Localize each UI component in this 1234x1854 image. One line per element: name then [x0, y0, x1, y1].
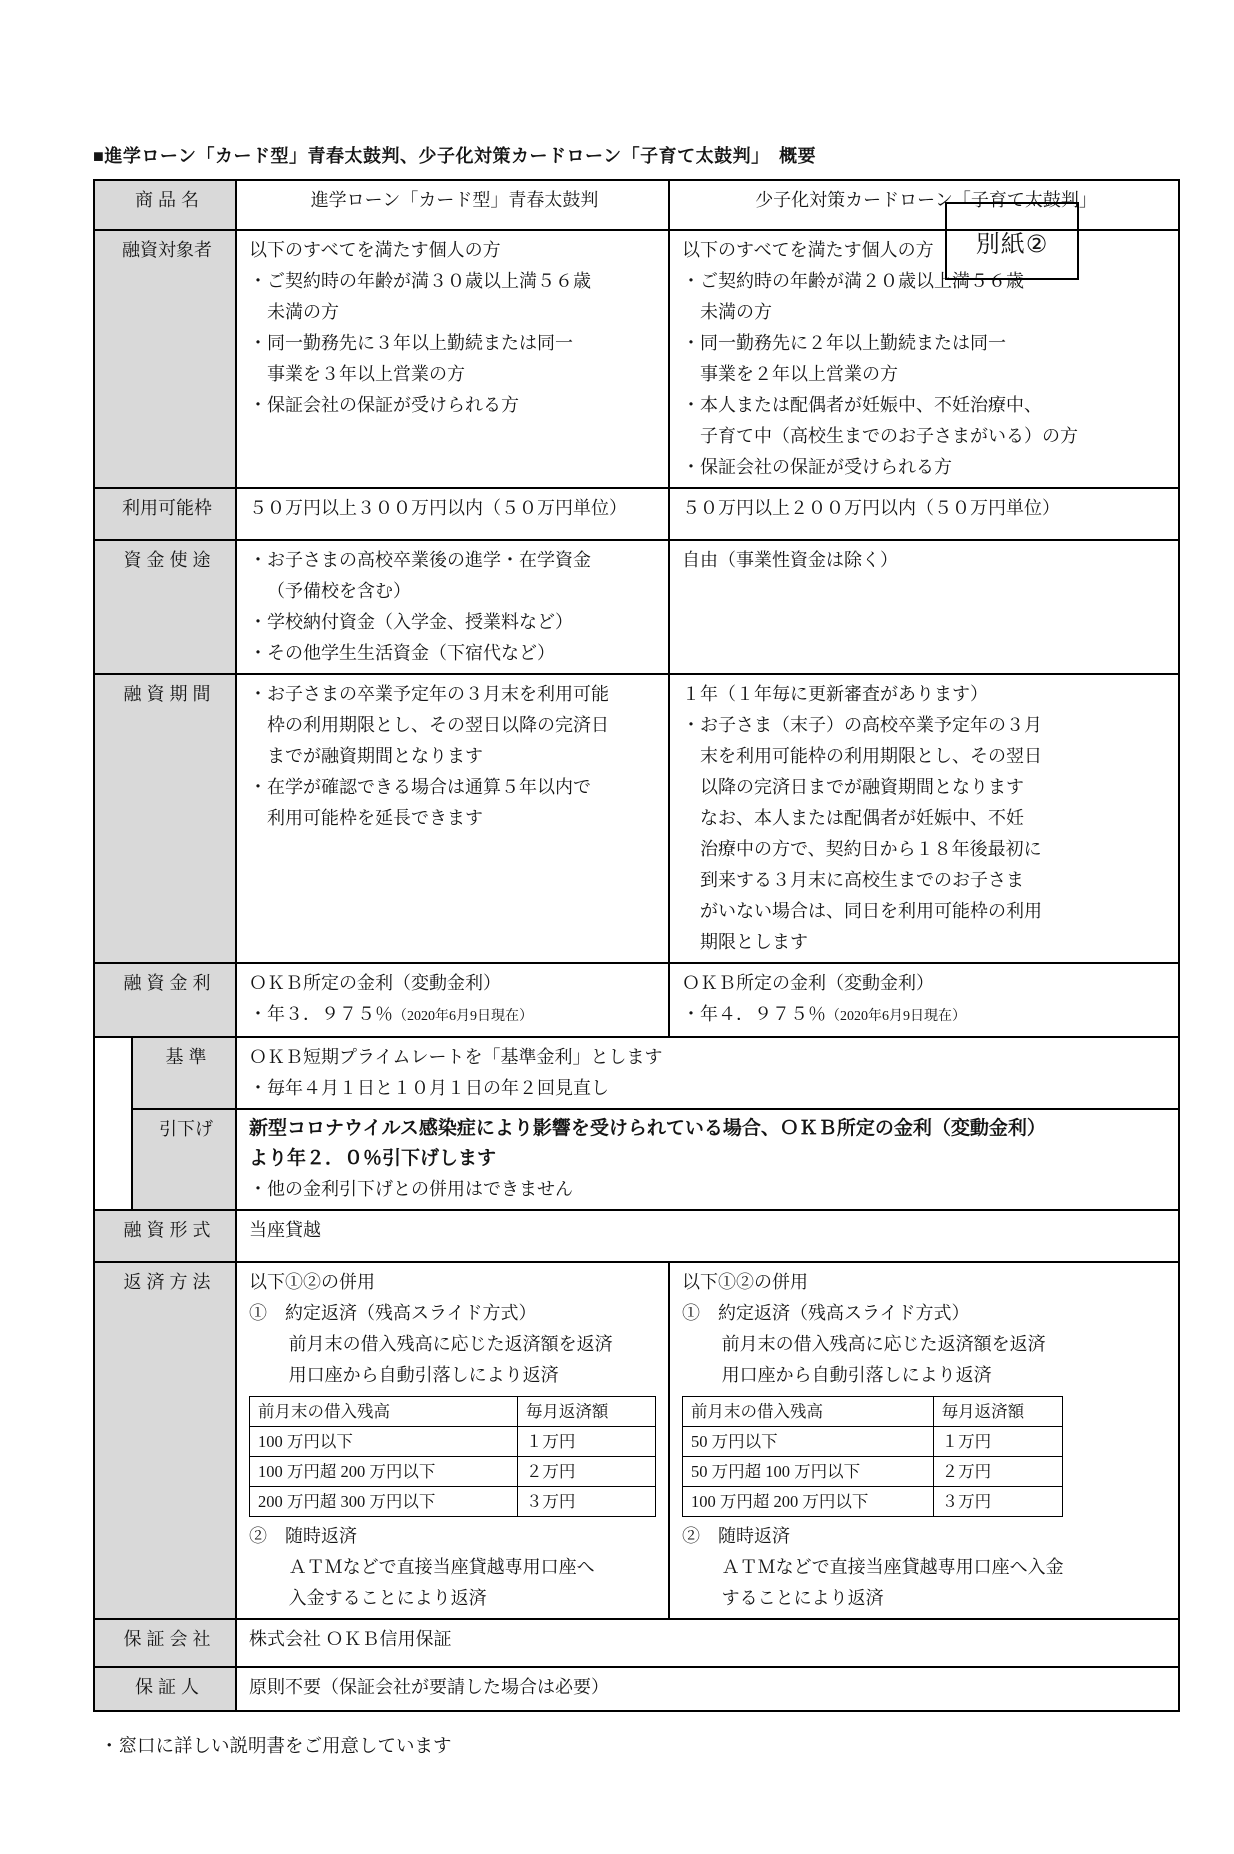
attachment-tag-label: 別紙②: [976, 224, 1049, 259]
text-line: ・本人または配偶者が妊娠中、不妊治療中、: [682, 390, 1170, 421]
repayment-right-cell: 以下①②の併用 ① 約定返済（残高スライド方式） 前月末の借入残高に応じた返済額…: [669, 1262, 1179, 1619]
rate-right-asof: （2020年6月9日現在）: [826, 1009, 966, 1024]
borrower-left-cell: 以下のすべてを満たす個人の方 ・ご契約時の年齢が満３０歳以上満５６歳 未満の方 …: [236, 230, 669, 488]
repayment-right-schedule-table: 前月末の借入残高 毎月返済額 50 万円以下 １万円 50 万円超 100 万円…: [682, 1396, 1063, 1517]
text-line: ・お子さまの卒業予定年の３月末を利用可能: [249, 679, 660, 710]
row-label-guarantee-company: 保 証 会 社: [94, 1619, 236, 1667]
sub-row-indent: [94, 1037, 132, 1210]
column-header-monthly: 毎月返済額: [517, 1397, 655, 1427]
text-line: 治療中の方で、契約日から１８年後最初に: [682, 834, 1170, 865]
row-label-guarantor: 保 証 人: [94, 1667, 236, 1711]
text-line: ・ご契約時の年齢が満３０歳以上満５６歳: [249, 266, 660, 297]
balance-range: 200 万円超 300 万円以下: [250, 1487, 518, 1517]
text-line: なお、本人または配偶者が妊娠中、不妊: [682, 803, 1170, 834]
rate-right-value-line: ・年４．９７５％（2020年6月9日現在）: [682, 999, 1170, 1032]
text-line: ・他の金利引下げとの併用はできません: [249, 1174, 1170, 1205]
monthly-amount: ３万円: [517, 1487, 655, 1517]
text-line: ・保証会社の保証が受けられる方: [682, 452, 1170, 483]
monthly-amount: １万円: [517, 1427, 655, 1457]
column-header-balance: 前月末の借入残高: [683, 1397, 934, 1427]
text-line: がいない場合は、同日を利用可能枠の利用: [682, 896, 1170, 927]
row-label-limit: 利用可能枠: [94, 488, 236, 540]
text-line: ＯＫＢ所定の金利（変動金利）: [249, 968, 660, 999]
product-right-name: 少子化対策カードローン「子育て太鼓判」: [669, 180, 1179, 230]
row-label-borrower: 融資対象者: [94, 230, 236, 488]
footer-note: ・窓口に詳しい説明書をご用意しています: [100, 1732, 1234, 1758]
text-line: ・お子さまの高校卒業後の進学・在学資金: [249, 545, 660, 576]
row-form: 融 資 形 式 当座貸越: [94, 1210, 1179, 1262]
attachment-tag-box: 別紙②: [945, 202, 1079, 280]
rate-left-value-line: ・年３．９７５％（2020年6月9日現在）: [249, 999, 660, 1032]
text-line: ・在学が確認できる場合は通算５年以内で: [249, 772, 660, 803]
row-base-rate: 基 準 ＯＫＢ短期プライムレートを「基準金利」とします ・毎年４月１日と１０月１…: [94, 1037, 1179, 1109]
balance-range: 50 万円以下: [683, 1427, 934, 1457]
row-limit: 利用可能枠 ５０万円以上３００万円以内（５０万円単位） ５０万円以上２００万円以…: [94, 488, 1179, 540]
row-label-form: 融 資 形 式: [94, 1210, 236, 1262]
text-line: 用口座から自動引落しにより返済: [682, 1360, 1170, 1391]
table-row: 100 万円超 200 万円以下 ３万円: [683, 1487, 1063, 1517]
text-line: 用口座から自動引落しにより返済: [249, 1360, 660, 1391]
text-line: 前月末の借入残高に応じた返済額を返済: [249, 1329, 660, 1360]
discount-cell: 新型コロナウイルス感染症により影響を受けられている場合、ＯＫＢ所定の金利（変動金…: [236, 1109, 1179, 1210]
text-line: 未満の方: [249, 297, 660, 328]
text-line: 事業を２年以上営業の方: [682, 359, 1170, 390]
monthly-amount: ２万円: [933, 1457, 1062, 1487]
monthly-amount: ３万円: [933, 1487, 1062, 1517]
rate-right-value: ・年４．９７５％: [682, 1004, 826, 1024]
product-left-name: 進学ローン「カード型」青春太鼓判: [236, 180, 669, 230]
text-line: ・ご契約時の年齢が満２０歳以上満５６歳: [682, 266, 1170, 297]
text-line: ・学校納付資金（入学金、授業料など）: [249, 607, 660, 638]
row-label-usage: 資 金 使 途: [94, 540, 236, 674]
row-usage: 資 金 使 途 ・お子さまの高校卒業後の進学・在学資金 （予備校を含む） ・学校…: [94, 540, 1179, 674]
guarantor-cell: 原則不要（保証会社が要請した場合は必要）: [236, 1667, 1179, 1711]
text-line: 子育て中（高校生までのお子さまがいる）の方: [682, 421, 1170, 452]
text-line: ① 約定返済（残高スライド方式）: [249, 1298, 660, 1329]
row-label-discount: 引下げ: [132, 1109, 236, 1210]
text-line: ・同一勤務先に２年以上勤続または同一: [682, 328, 1170, 359]
text-line: 到来する３月末に高校生までのお子さま: [682, 865, 1170, 896]
row-label-rate: 融 資 金 利: [94, 963, 236, 1037]
table-row: 前月末の借入残高 毎月返済額: [250, 1397, 656, 1427]
table-row: 100 万円超 200 万円以下 ２万円: [250, 1457, 656, 1487]
text-line: ・毎年４月１日と１０月１日の年２回見直し: [249, 1073, 1170, 1104]
text-line: ・その他学生生活資金（下宿代など）: [249, 638, 660, 669]
discount-bold-line: 新型コロナウイルス感染症により影響を受けられている場合、ＯＫＢ所定の金利（変動金…: [249, 1114, 1170, 1144]
text-line: 以下のすべてを満たす個人の方: [249, 235, 660, 266]
row-label-base: 基 準: [132, 1037, 236, 1109]
text-line: （予備校を含む）: [249, 576, 660, 607]
guarantee-company-cell: 株式会社 ＯＫＢ信用保証: [236, 1619, 1179, 1667]
balance-range: 100 万円超 200 万円以下: [250, 1457, 518, 1487]
balance-range: 50 万円超 100 万円以下: [683, 1457, 934, 1487]
text-line: １年（１年毎に更新審査があります）: [682, 679, 1170, 710]
text-line: 前月末の借入残高に応じた返済額を返済: [682, 1329, 1170, 1360]
column-header-balance: 前月末の借入残高: [250, 1397, 518, 1427]
usage-left-cell: ・お子さまの高校卒業後の進学・在学資金 （予備校を含む） ・学校納付資金（入学金…: [236, 540, 669, 674]
balance-range: 100 万円以下: [250, 1427, 518, 1457]
text-line: 利用可能枠を延長できます: [249, 803, 660, 834]
row-label-period: 融 資 期 間: [94, 674, 236, 963]
row-period: 融 資 期 間 ・お子さまの卒業予定年の３月末を利用可能 枠の利用期限とし、その…: [94, 674, 1179, 963]
text-line: 以下のすべてを満たす個人の方: [682, 235, 1170, 266]
monthly-amount: １万円: [933, 1427, 1062, 1457]
usage-right-cell: 自由（事業性資金は除く）: [669, 540, 1179, 674]
table-row: 50 万円以下 １万円: [683, 1427, 1063, 1457]
column-header-monthly: 毎月返済額: [933, 1397, 1062, 1427]
table-row: 200 万円超 300 万円以下 ３万円: [250, 1487, 656, 1517]
form-cell: 当座貸越: [236, 1210, 1179, 1262]
page-title: ■進学ローン「カード型」青春太鼓判、少子化対策カードローン「子育て太鼓判」 概要: [93, 142, 1234, 168]
text-line: 以下①②の併用: [682, 1267, 1170, 1298]
rate-left-cell: ＯＫＢ所定の金利（変動金利） ・年３．９７５％（2020年6月9日現在）: [236, 963, 669, 1037]
row-rate: 融 資 金 利 ＯＫＢ所定の金利（変動金利） ・年３．９７５％（2020年6月9…: [94, 963, 1179, 1037]
row-label-repayment: 返 済 方 法: [94, 1262, 236, 1619]
period-left-cell: ・お子さまの卒業予定年の３月末を利用可能 枠の利用期限とし、その翌日以降の完済日…: [236, 674, 669, 963]
row-guarantee-company: 保 証 会 社 株式会社 ＯＫＢ信用保証: [94, 1619, 1179, 1667]
text-line: 期限とします: [682, 927, 1170, 958]
text-line: ② 随時返済: [682, 1521, 1170, 1552]
text-line: ① 約定返済（残高スライド方式）: [682, 1298, 1170, 1329]
rate-right-cell: ＯＫＢ所定の金利（変動金利） ・年４．９７５％（2020年6月9日現在）: [669, 963, 1179, 1037]
text-line: ＡＴＭなどで直接当座貸越専用口座へ: [249, 1552, 660, 1583]
text-line: ＡＴＭなどで直接当座貸越専用口座へ入金: [682, 1552, 1170, 1583]
text-line: までが融資期間となります: [249, 741, 660, 772]
text-line: 枠の利用期限とし、その翌日以降の完済日: [249, 710, 660, 741]
text-line: 末を利用可能枠の利用期限とし、その翌日: [682, 741, 1170, 772]
row-discount: 引下げ 新型コロナウイルス感染症により影響を受けられている場合、ＯＫＢ所定の金利…: [94, 1109, 1179, 1210]
rate-left-value: ・年３．９７５％: [249, 1004, 393, 1024]
text-line: ＯＫＢ短期プライムレートを「基準金利」とします: [249, 1042, 1170, 1073]
monthly-amount: ２万円: [517, 1457, 655, 1487]
limit-right-cell: ５０万円以上２００万円以内（５０万円単位）: [669, 488, 1179, 540]
repayment-left-cell: 以下①②の併用 ① 約定返済（残高スライド方式） 前月末の借入残高に応じた返済額…: [236, 1262, 669, 1619]
discount-bold-line: より年２．０％引下げします: [249, 1144, 1170, 1174]
borrower-right-cell: 以下のすべてを満たす個人の方 ・ご契約時の年齢が満２０歳以上満５６歳 未満の方 …: [669, 230, 1179, 488]
row-guarantor: 保 証 人 原則不要（保証会社が要請した場合は必要）: [94, 1667, 1179, 1711]
table-row: 50 万円超 100 万円以下 ２万円: [683, 1457, 1063, 1487]
repayment-left-schedule-table: 前月末の借入残高 毎月返済額 100 万円以下 １万円 100 万円超 200 …: [249, 1396, 656, 1517]
text-line: することにより返済: [682, 1583, 1170, 1614]
text-line: ② 随時返済: [249, 1521, 660, 1552]
text-line: ・同一勤務先に３年以上勤続または同一: [249, 328, 660, 359]
text-line: 入金することにより返済: [249, 1583, 660, 1614]
balance-range: 100 万円超 200 万円以下: [683, 1487, 934, 1517]
loan-comparison-table: 商 品 名 進学ローン「カード型」青春太鼓判 少子化対策カードローン「子育て太鼓…: [93, 179, 1180, 1712]
text-line: ・保証会社の保証が受けられる方: [249, 390, 660, 421]
row-repayment: 返 済 方 法 以下①②の併用 ① 約定返済（残高スライド方式） 前月末の借入残…: [94, 1262, 1179, 1619]
limit-left-cell: ５０万円以上３００万円以内（５０万円単位）: [236, 488, 669, 540]
text-line: 以降の完済日までが融資期間となります: [682, 772, 1170, 803]
table-row: 100 万円以下 １万円: [250, 1427, 656, 1457]
base-rate-cell: ＯＫＢ短期プライムレートを「基準金利」とします ・毎年４月１日と１０月１日の年２…: [236, 1037, 1179, 1109]
table-row: 前月末の借入残高 毎月返済額: [683, 1397, 1063, 1427]
text-line: ＯＫＢ所定の金利（変動金利）: [682, 968, 1170, 999]
period-right-cell: １年（１年毎に更新審査があります） ・お子さま（末子）の高校卒業予定年の３月 末…: [669, 674, 1179, 963]
row-label-product-name: 商 品 名: [94, 180, 236, 230]
rate-left-asof: （2020年6月9日現在）: [393, 1009, 533, 1024]
text-line: 未満の方: [682, 297, 1170, 328]
text-line: 事業を３年以上営業の方: [249, 359, 660, 390]
text-line: ・お子さま（末子）の高校卒業予定年の３月: [682, 710, 1170, 741]
text-line: 以下①②の併用: [249, 1267, 660, 1298]
